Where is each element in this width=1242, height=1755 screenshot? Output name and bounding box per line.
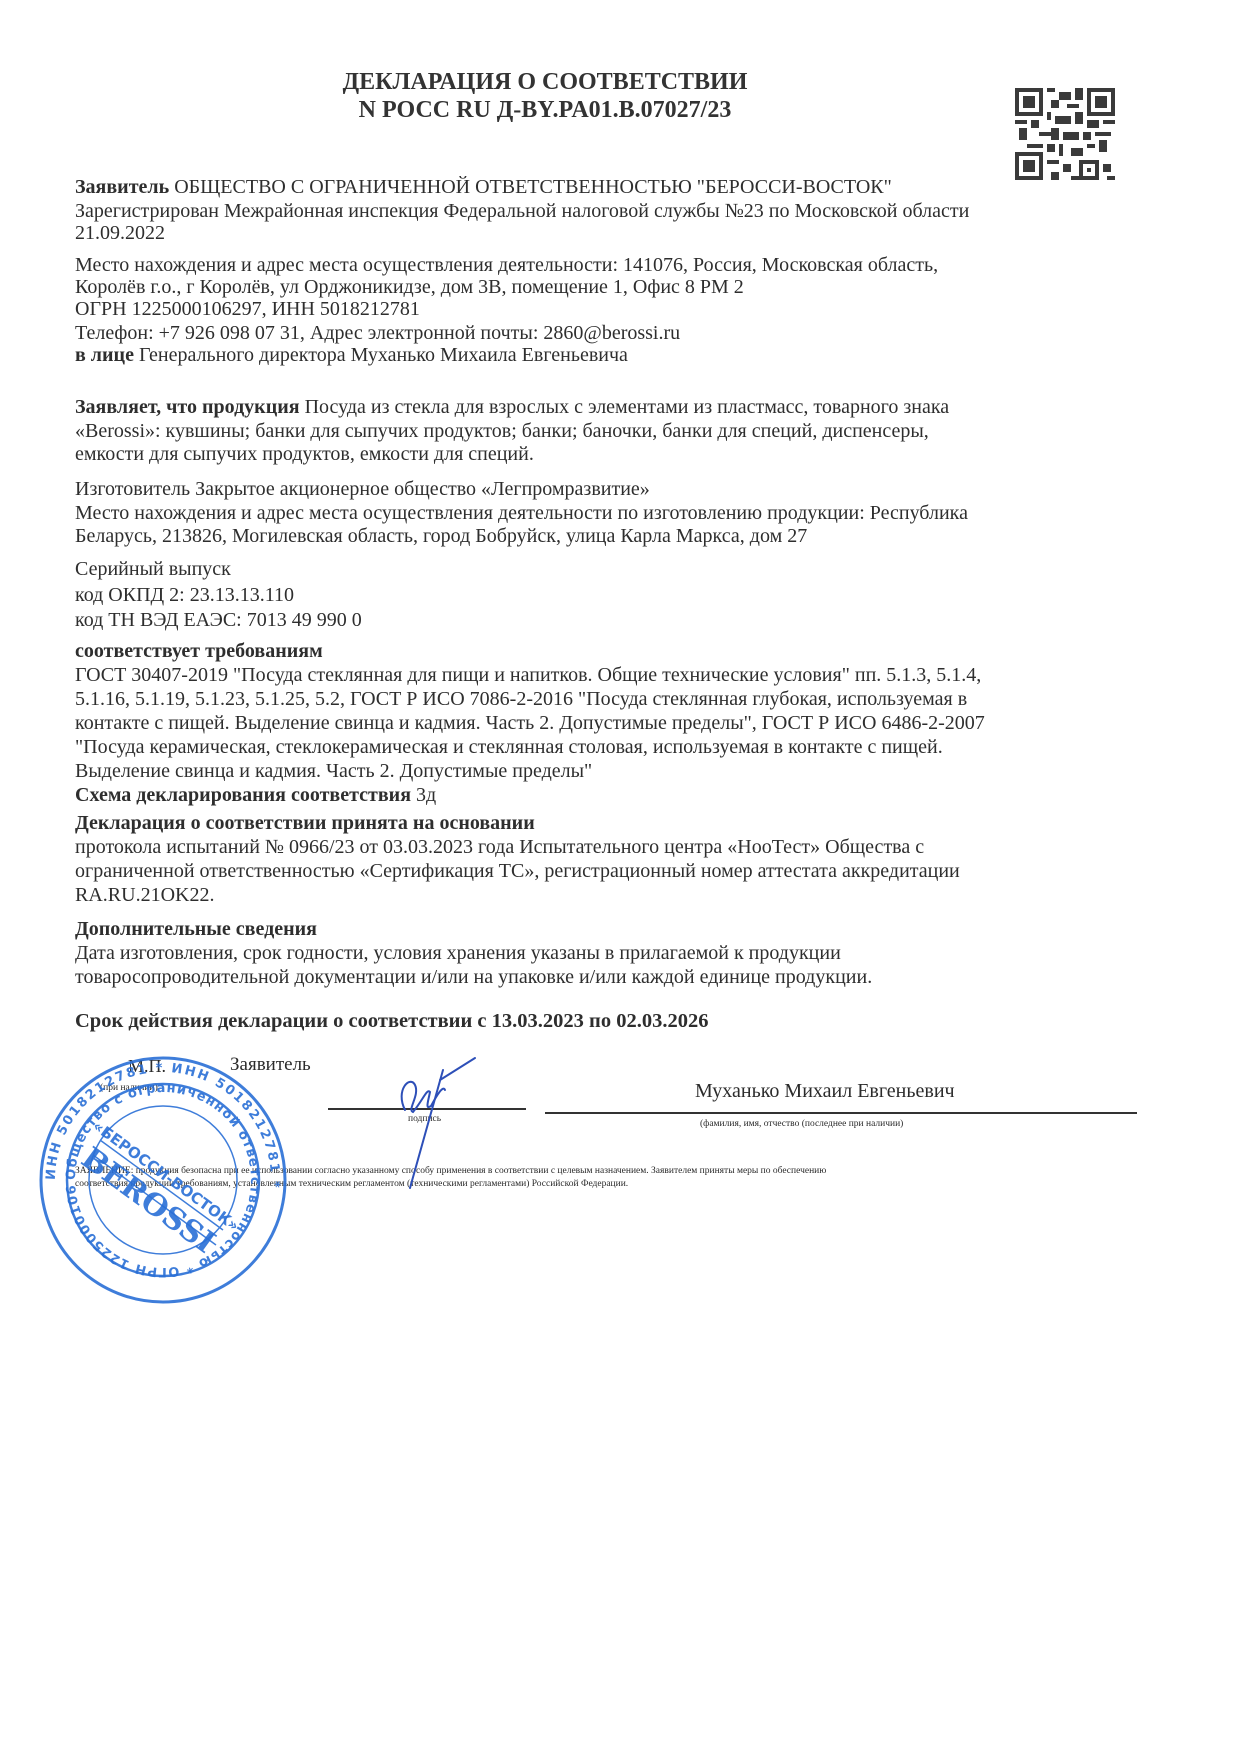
requirements-line: Выделение свинца и кадмия. Часть 2. Допу… xyxy=(75,760,592,782)
requirements-line: ГОСТ 30407-2019 "Посуда стеклянная для п… xyxy=(75,664,981,686)
basis-line: протокола испытаний № 0966/23 от 03.03.2… xyxy=(75,836,924,858)
additional-label: Дополнительные сведения xyxy=(75,918,317,940)
scheme-line: Схема декларирования соответствия 3д xyxy=(75,784,436,806)
applicant-line: Заявитель ОБЩЕСТВО С ОГРАНИЧЕННОЙ ОТВЕТС… xyxy=(75,176,892,198)
represented-by-line: в лице Генерального директора Муханько М… xyxy=(75,344,628,366)
additional-line: товаросопроводительной документации и/ил… xyxy=(75,966,872,988)
validity-period: Срок действия декларации о соответствии … xyxy=(75,1010,708,1032)
signature-icon xyxy=(365,1040,495,1190)
document-title: ДЕКЛАРАЦИЯ О СООТВЕТСТВИИ xyxy=(0,68,1090,96)
basis-label: Декларация о соответствии принята на осн… xyxy=(75,812,535,834)
basis-line: RA.RU.21OK22. xyxy=(75,884,214,906)
okpd-code: код ОКПД 2: 23.13.13.110 xyxy=(75,584,294,606)
name-line xyxy=(545,1112,1137,1114)
applicant-label: Заявитель xyxy=(75,176,169,198)
product-desc-1: Посуда из стекла для взрослых с элемента… xyxy=(305,396,950,418)
product-line1: Заявляет, что продукция Посуда из стекла… xyxy=(75,396,949,418)
ogrn-inn: ОГРН 1225000106297, ИНН 5018212781 xyxy=(75,298,420,320)
requirements-line: контакте с пищей. Выделение свинца и кад… xyxy=(75,712,985,734)
registration-line: Зарегистрирован Межрайонная инспекция Фе… xyxy=(75,200,969,222)
applicant-contacts: Телефон: +7 926 098 07 31, Адрес электро… xyxy=(75,322,680,344)
manufacturer-line: Изготовитель Закрытое акционерное общест… xyxy=(75,478,650,500)
basis-line: ограниченной ответственностью «Сертифика… xyxy=(75,860,960,882)
company-stamp-icon: ИНН 5018212781 * ИНН 5018212781 * Общест… xyxy=(38,1055,288,1305)
product-line2: «Berossi»: кувшины; банки для сыпучих пр… xyxy=(75,420,929,442)
registration-date: 21.09.2022 xyxy=(75,222,165,244)
declaration-number: N РОСС RU Д-BY.PA01.B.07027/23 xyxy=(0,96,1090,124)
applicant-address-line2: Королёв г.о., г Королёв, ул Орджоникидзе… xyxy=(75,276,744,298)
qr-code-icon[interactable] xyxy=(1015,88,1115,180)
requirements-line: "Посуда керамическая, стеклокерамическая… xyxy=(75,736,943,758)
product-line3: емкости для сыпучих продуктов, емкости д… xyxy=(75,443,534,465)
additional-line: Дата изготовления, срок годности, услови… xyxy=(75,942,841,964)
represented-by: Генерального директора Муханько Михаила … xyxy=(139,344,628,366)
manufacturer-address-line2: Беларусь, 213826, Могилевская область, г… xyxy=(75,525,807,547)
product-label: Заявляет, что продукция xyxy=(75,396,300,418)
requirements-line: 5.1.16, 5.1.19, 5.1.23, 5.1.25, 5.2, ГОС… xyxy=(75,688,967,710)
represented-label: в лице xyxy=(75,344,134,366)
tnved-code: код ТН ВЭД ЕАЭС: 7013 49 990 0 xyxy=(75,609,362,631)
requirements-label: соответствует требованиям xyxy=(75,640,323,662)
scheme-value: 3д xyxy=(416,784,436,806)
applicant-address-line1: Место нахождения и адрес места осуществл… xyxy=(75,254,938,276)
applicant-name: ОБЩЕСТВО С ОГРАНИЧЕННОЙ ОТВЕТСТВЕННОСТЬЮ… xyxy=(174,176,892,198)
signer-caption: (фамилия, имя, отчество (последнее при н… xyxy=(700,1118,903,1130)
release-type: Серийный выпуск xyxy=(75,558,231,580)
scheme-label: Схема декларирования соответствия xyxy=(75,784,411,806)
manufacturer-address-line1: Место нахождения и адрес места осуществл… xyxy=(75,502,968,524)
signer-name: Муханько Михаил Евгеньевич xyxy=(695,1080,955,1103)
